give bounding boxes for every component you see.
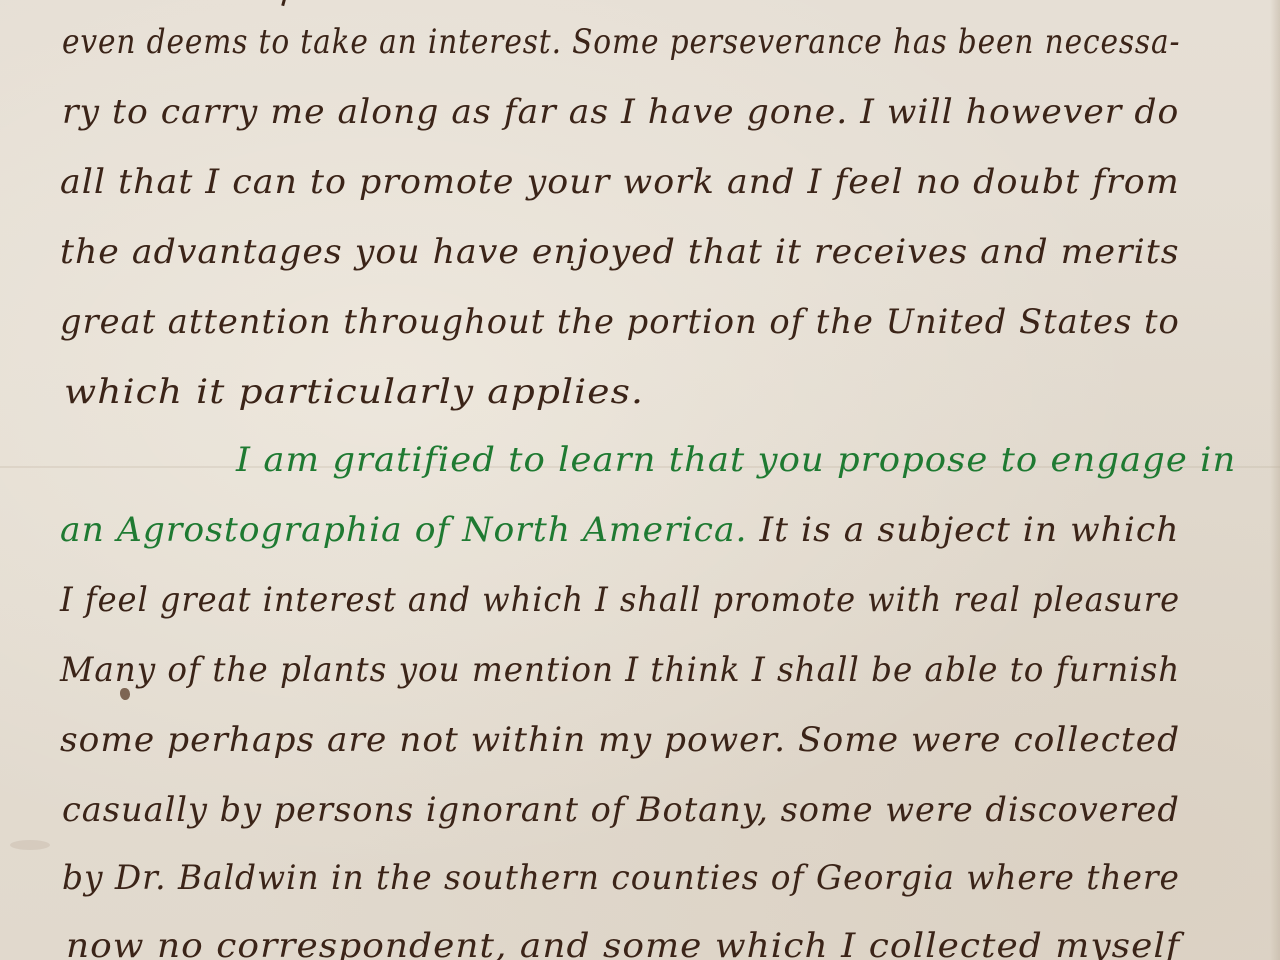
letter-line-14: now no correspondent, and some which I c… bbox=[66, 926, 1180, 960]
letter-line-6: which it particularly applies. bbox=[64, 372, 644, 412]
letter-line-12: casually by persons ignorant of Botany, … bbox=[62, 790, 1180, 830]
letter-line-5: great attention throughout the portion o… bbox=[60, 302, 1180, 342]
letter-line-7-highlighted: I am gratified to learn that you propose… bbox=[236, 440, 1236, 480]
letter-line-4: the advantages you have enjoyed that it … bbox=[60, 232, 1180, 272]
letter-line-2: ry to carry me along as far as I have go… bbox=[62, 92, 1179, 132]
letter-line-13: by Dr. Baldwin in the southern counties … bbox=[62, 858, 1180, 898]
highlighted-phrase: an Agrostographia of North America. bbox=[60, 510, 748, 550]
letter-page: even deems to take an interest. Some per… bbox=[0, 0, 1280, 960]
letter-line-11: some perhaps are not within my power. So… bbox=[60, 720, 1180, 760]
paper-right-edge bbox=[1270, 0, 1280, 960]
letter-line-8: an Agrostographia of North America. It i… bbox=[60, 510, 1180, 550]
letter-line-3: all that I can to promote your work and … bbox=[60, 162, 1180, 202]
paper-smudge bbox=[10, 840, 50, 850]
letter-line-1: even deems to take an interest. Some per… bbox=[62, 22, 1180, 62]
letter-line-9: I feel great interest and which I shall … bbox=[60, 580, 1180, 620]
ink-stroke-fragment bbox=[281, 0, 288, 6]
letter-line-10: Many of the plants you mention I think I… bbox=[60, 650, 1180, 690]
plain-phrase: It is a subject in which bbox=[748, 510, 1180, 550]
